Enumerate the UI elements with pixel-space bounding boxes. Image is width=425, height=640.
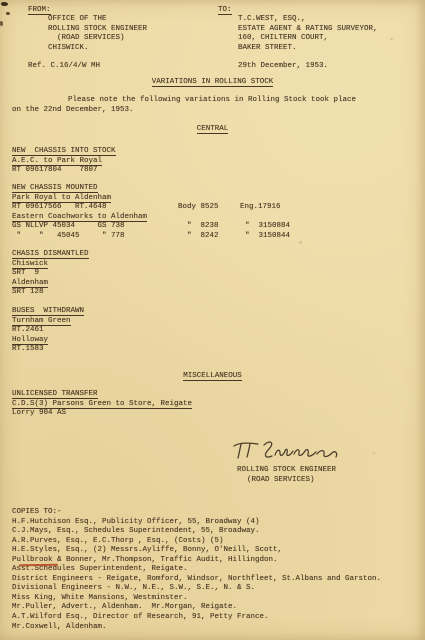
- intro-line: Please note the following variations in …: [12, 96, 356, 106]
- paper-speck: [6, 12, 10, 15]
- section-unlicensed-transfer: UNLICENSED TRANSFER C.D.S(3) Parsons Gre…: [12, 390, 192, 419]
- route-line: C.D.S(3) Parsons Green to Store, Reigate: [12, 400, 192, 410]
- stock-entry-row: RT 09617566 RT.4648 Body 8525 Eng.17916: [12, 203, 412, 213]
- signatory-title-line: (ROAD SERVICES): [237, 476, 336, 486]
- route-line: Park Royal to Aldenham: [12, 194, 412, 204]
- section-heading-miscellaneous: MISCELLANEOUS: [0, 372, 425, 380]
- chassis-numbers: GS NLLVP 45034 GS 738: [12, 222, 125, 232]
- document-title: VARIATIONS IN ROLLING STOCK: [0, 78, 425, 86]
- section-new-chassis-into-stock: NEW CHASSIS INTO STOCK A.E.C. to Park Ro…: [12, 147, 116, 176]
- from-address-line: ROLLING STOCK ENGINEER: [48, 25, 147, 35]
- scanned-letter: FROM: OFFICE OF THE ROLLING STOCK ENGINE…: [0, 0, 425, 640]
- subsection-heading: BUSES WITHDRAWN: [12, 307, 84, 317]
- paper-speck: [373, 452, 375, 454]
- engine-number: " 3150884: [245, 222, 290, 232]
- to-label: TO:: [218, 6, 232, 14]
- copies-line: Divisional Engineers - N.W., N.E., S.W.,…: [12, 584, 420, 594]
- from-address-line: (ROAD SERVICES): [48, 34, 147, 44]
- copies-line: C.J.Mays, Esq., Schedules Superintendent…: [12, 527, 420, 537]
- copies-line: District Engineers - Reigate, Romford, W…: [12, 575, 420, 585]
- paper-speck: [390, 38, 393, 40]
- paper-speck: [299, 241, 302, 244]
- intro-line: on the 22nd December, 1953.: [12, 106, 356, 116]
- copies-line: Asst.Schedules Superintendent, Reigate.: [12, 565, 420, 575]
- subsection-heading: CHASIS DISMANTLED: [12, 250, 89, 260]
- reference-number: Ref. C.16/4/W MH: [28, 62, 100, 70]
- place-line: Holloway: [12, 336, 84, 346]
- handwritten-signature: [228, 436, 348, 470]
- to-address: T.C.WEST, ESQ., ESTATE AGENT & RATING SU…: [238, 15, 378, 53]
- section-new-chassis-mounted: NEW CHASSIS MOUNTED Park Royal to Aldenh…: [12, 184, 412, 241]
- signatory-title-line: ROLLING STOCK ENGINEER: [237, 466, 336, 476]
- chassis-numbers: RT 09617566 RT.4648: [12, 203, 107, 213]
- from-address-line: CHISWICK.: [48, 44, 147, 54]
- stock-entry: RT.1583: [12, 345, 84, 355]
- section-buses-withdrawn: BUSES WITHDRAWN Turnham Green RT.2461 Ho…: [12, 307, 84, 355]
- place-line: Aldenham: [12, 279, 89, 289]
- stock-entry-row: GS NLLVP 45034 GS 738 " 8238 " 3150884: [12, 222, 412, 232]
- letter-date: 29th December, 1953.: [238, 62, 328, 70]
- stock-entry: Lorry 904 AS: [12, 409, 192, 419]
- subsection-heading: UNLICENSED TRANSFER: [12, 390, 192, 400]
- from-address: OFFICE OF THE ROLLING STOCK ENGINEER (RO…: [48, 15, 147, 53]
- place-line: Chiswick: [12, 260, 89, 270]
- to-address-line: T.C.WEST, ESQ.,: [238, 15, 378, 25]
- subsection-heading: NEW CHASSIS INTO STOCK: [12, 147, 116, 157]
- copies-line: A.T.Wilford Esq., Director of Research, …: [12, 613, 420, 623]
- route-line: Eastern Coachworks to Aldenham: [12, 213, 412, 223]
- copies-line: Pullbrook & Bonner, Mr.Thompson, Traffic…: [12, 556, 420, 566]
- body-number: " 8242: [187, 232, 219, 242]
- paper-speck: [0, 21, 3, 26]
- paper-speck: [1, 2, 8, 6]
- section-chasis-dismantled: CHASIS DISMANTLED Chiswick SRT 9 Aldenha…: [12, 250, 89, 298]
- body-number: Body 8525: [178, 203, 219, 213]
- from-label: FROM:: [28, 6, 51, 14]
- section-heading-central: CENTRAL: [0, 125, 425, 133]
- signatory-title: ROLLING STOCK ENGINEER (ROAD SERVICES): [237, 466, 336, 485]
- to-address-line: 160, CHILTERN COURT,: [238, 34, 378, 44]
- stock-entry-row: " " 45045 " 778 " 8242 " 3150844: [12, 232, 412, 242]
- copies-label: COPIES TO:-: [12, 508, 420, 518]
- to-address-line: ESTATE AGENT & RATING SURVEYOR,: [238, 25, 378, 35]
- engine-number: Eng.17916: [240, 203, 281, 213]
- intro-paragraph: Please note the following variations in …: [12, 96, 356, 115]
- copies-list: COPIES TO:- H.F.Hutchison Esq., Publicit…: [12, 508, 420, 632]
- stock-entry: RT 09617804 7807: [12, 166, 116, 176]
- body-number: " 8238: [187, 222, 219, 232]
- stock-entry: SRT 128: [12, 288, 89, 298]
- subsection-heading: NEW CHASSIS MOUNTED: [12, 184, 412, 194]
- engine-number: " 3150844: [245, 232, 290, 242]
- stock-entry: RT.2461: [12, 326, 84, 336]
- to-address-line: BAKER STREET.: [238, 44, 378, 54]
- chassis-numbers: " " 45045 " 778: [12, 232, 125, 242]
- stock-entry: SRT 9: [12, 269, 89, 279]
- copies-line: H.E.Styles, Esq., (2) Messrs.Ayliffe, Bo…: [12, 546, 420, 556]
- place-line: Turnham Green: [12, 317, 84, 327]
- copies-line: H.F.Hutchison Esq., Publicity Officer, 5…: [12, 518, 420, 528]
- copies-line: Mr.Coxwell, Aldenham.: [12, 623, 420, 633]
- route-line: A.E.C. to Park Royal: [12, 157, 116, 167]
- copies-line: A.R.Purves, Esq., E.C.Thorp , Esq., (Cos…: [12, 537, 420, 547]
- copies-line: Mr.Puller, Advert., Aldenham. Mr.Morgan,…: [12, 603, 420, 613]
- from-address-line: OFFICE OF THE: [48, 15, 147, 25]
